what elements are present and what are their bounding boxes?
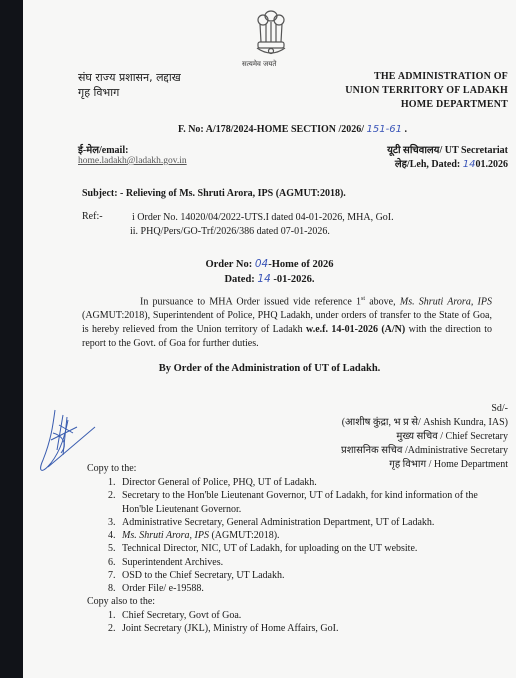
item-text: Secretary to the Hon'ble Lieutenant Gove…	[122, 490, 478, 514]
signed-mark: Sd/-	[341, 402, 508, 416]
english-line: THE ADMINISTRATION OF	[345, 70, 508, 84]
item-text: Order File/ e-19588.	[122, 583, 204, 594]
item-text: Joint Secretary (JKL), Ministry of Home …	[122, 623, 338, 634]
copy-to-label: Copy to the:	[87, 463, 136, 474]
signatory-name: (आशीष कुंद्रा, भ प्र से/ Ashish Kundra, …	[341, 416, 508, 430]
list-item: 4.Ms. Shruti Arora, IPS (AGMUT:2018).	[108, 529, 508, 542]
copy-also-list: 1.Chief Secretary, Govt of Goa. 2. Joint…	[108, 609, 508, 636]
file-number-suffix: .	[402, 124, 407, 135]
subject-line: Subject: - Relieving of Ms. Shruti Arora…	[82, 188, 346, 199]
hindi-line: गृह विभाग	[78, 85, 181, 100]
effective-date: w.e.f. 14-01-2026 (A/N)	[306, 324, 405, 335]
item-number: 5.	[108, 542, 116, 555]
signatory-title: गृह विभाग / Home Department	[341, 458, 508, 472]
date-handwritten: 14	[463, 159, 476, 170]
item-number: 8.	[108, 582, 116, 595]
item-text: (AGMUT:2018).	[209, 530, 280, 541]
signatory-title: प्रशासनिक सचिव /Administrative Secretary	[341, 444, 508, 458]
order-date-handwritten: 14	[257, 273, 270, 285]
list-item: 8.Order File/ e-19588.	[108, 582, 508, 595]
email-label: ई-मेल/email:	[78, 142, 128, 156]
item-number: 1.	[108, 476, 116, 489]
list-item: 7.OSD to the Chief Secretary, UT Ladakh.	[108, 569, 508, 582]
copy-to-list: 1.Director General of Police, PHQ, UT of…	[108, 476, 508, 596]
copy-also-label: Copy also to the:	[87, 596, 155, 607]
order-date-suffix: -01-2026.	[271, 274, 315, 285]
file-number-label: F. No: A/178/2024-HOME SECTION /2026/	[178, 124, 367, 135]
list-item: 5.Technical Director, NIC, UT of Ladakh,…	[108, 542, 508, 555]
list-item: 3.Administrative Secretary, General Admi…	[108, 516, 508, 529]
order-number-suffix: -Home of 2026	[268, 259, 333, 270]
item-text: Administrative Secretary, General Admini…	[122, 517, 434, 528]
references-list: i Order No. 14020/04/2022-UTS.I dated 04…	[132, 211, 394, 239]
order-date-label: Dated:	[224, 274, 257, 285]
list-item: 2. Joint Secretary (JKL), Ministry of Ho…	[108, 622, 508, 635]
hindi-line: संघ राज्य प्रशासन, लद्दाख	[78, 70, 181, 85]
officer-name: Ms. Shruti Arora, IPS	[400, 296, 492, 307]
department-name-hindi: संघ राज्य प्रशासन, लद्दाख गृह विभाग	[78, 70, 181, 100]
list-item: 1.Director General of Police, PHQ, UT of…	[108, 476, 508, 489]
item-number: 3.	[108, 516, 116, 529]
signatory-title: मुख्य सचिव / Chief Secretary	[341, 430, 508, 444]
item-number: 2.	[108, 489, 116, 502]
letter-date: लेह/Leh, Dated: 1401.2026	[395, 156, 508, 170]
reference-item: i Order No. 14020/04/2022-UTS.I dated 04…	[132, 211, 394, 225]
order-number: Order No: 04-Home of 2026	[23, 257, 516, 272]
item-text: Superintendent Archives.	[122, 557, 223, 568]
item-text: Technical Director, NIC, UT of Ladakh, f…	[122, 543, 417, 554]
body-text: In pursuance to MHA Order issued vide re…	[140, 296, 361, 307]
english-line: UNION TERRITORY OF LADAKH	[345, 84, 508, 98]
item-text: OSD to the Chief Secretary, UT Ladakh.	[122, 570, 284, 581]
by-order-line: By Order of the Administration of UT of …	[23, 363, 516, 374]
email-link[interactable]: home.ladakh@ladakh.gov.in	[78, 156, 187, 166]
item-number: 6.	[108, 556, 116, 569]
item-number: 7.	[108, 569, 116, 582]
order-body: In pursuance to MHA Order issued vide re…	[82, 292, 492, 351]
national-emblem-icon	[251, 8, 291, 58]
english-line: HOME DEPARTMENT	[345, 98, 508, 112]
secretariat-label: यूटी सचिवालय/ UT Secretariat	[387, 142, 508, 156]
item-text: Director General of Police, PHQ, UT of L…	[122, 477, 317, 488]
date-label: लेह/Leh, Dated:	[395, 159, 463, 170]
date-suffix: 01.2026	[476, 159, 509, 170]
department-name-english: THE ADMINISTRATION OF UNION TERRITORY OF…	[345, 70, 508, 112]
list-item: 6.Superintendent Archives.	[108, 556, 508, 569]
signatory-block: Sd/- (आशीष कुंद्रा, भ प्र से/ Ashish Kun…	[341, 402, 508, 472]
list-item: 2.Secretary to the Hon'ble Lieutenant Go…	[108, 489, 508, 516]
file-number-handwritten: 151-61	[367, 124, 402, 135]
officer-name: Ms. Shruti Arora, IPS	[122, 530, 209, 541]
list-item: 1.Chief Secretary, Govt of Goa.	[108, 609, 508, 622]
item-number: 2.	[108, 622, 116, 635]
item-number: 1.	[108, 609, 116, 622]
order-number-handwritten: 04	[255, 258, 268, 270]
emblem-motto: सत्यमेव जयते	[242, 60, 276, 69]
order-number-label: Order No:	[205, 259, 254, 270]
references-label: Ref:-	[82, 211, 103, 222]
reference-item: ii. PHQ/Pers/GO-Trf/2026/386 dated 07-01…	[130, 225, 394, 239]
order-date: Dated: 14 -01-2026.	[23, 272, 516, 287]
item-number: 4.	[108, 529, 116, 542]
document-page: सत्यमेव जयते संघ राज्य प्रशासन, लद्दाख ग…	[23, 0, 516, 678]
body-text: above,	[365, 296, 400, 307]
item-text: Chief Secretary, Govt of Goa.	[122, 610, 241, 621]
file-number: F. No: A/178/2024-HOME SECTION /2026/ 15…	[178, 124, 407, 135]
order-heading: Order No: 04-Home of 2026 Dated: 14 -01-…	[23, 257, 516, 287]
